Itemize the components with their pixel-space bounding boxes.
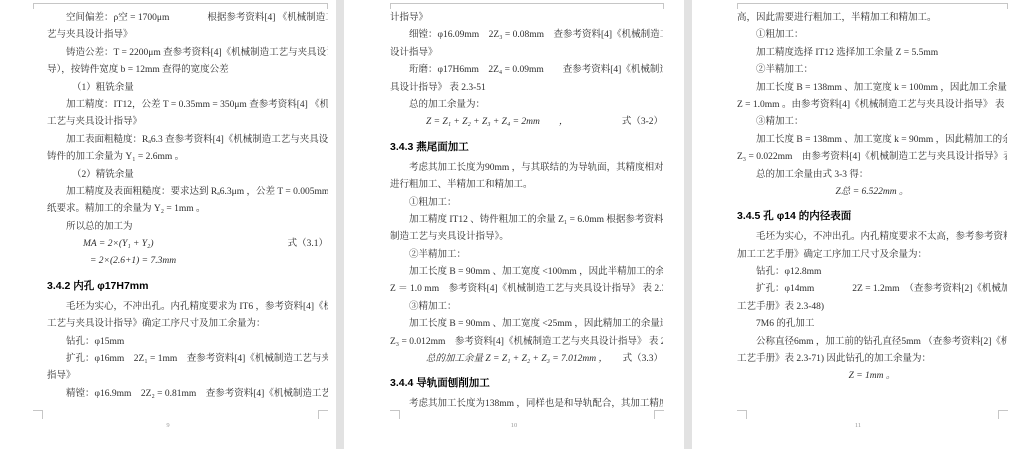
text-line: 铸件的加工余量为 Y₁ = 2.6mm 。: [47, 149, 328, 166]
text-line: 工艺与夹具设计指导》: [47, 114, 328, 131]
text-line: 具设计指导》 表 2.3-51: [390, 80, 663, 97]
text-line: 导），按铸件宽度 b = 12mm 查得的宽度公差: [47, 62, 328, 79]
text-line: Z₃ = 0.012mm 参考资料[4]《机械制造工艺与夹具设计指导》 表 2.…: [390, 334, 663, 351]
section-heading: 3.4.4 导轨面刨削加工: [390, 376, 663, 391]
text-line: ③精加工：: [737, 114, 1007, 131]
crop-mark-bottom-right: [654, 410, 664, 419]
formula-line: 总的加工余量 Z = Z₁ + Z₂ + Z₃ = 7.012mm ，式（3.3…: [390, 351, 663, 368]
text-line: 铸造公差：T = 2200μm 查参考资料[4]《机械制造工艺与夹具设计指: [47, 45, 328, 62]
text-line: 总的加工余量由式 3-3 得：: [737, 167, 1007, 184]
formula-expression: MA = 2×(Y₁ + Y₂): [83, 236, 154, 253]
text-line: 钻孔：φ12.8mm: [737, 264, 1007, 281]
equation-number-label: 式（3-2）: [622, 114, 663, 131]
crop-mark-bottom-left: [737, 410, 747, 419]
text-line: 工艺与夹具设计指导》确定工序尺寸及加工余量为：: [47, 316, 328, 333]
page-number: 10: [344, 422, 684, 429]
formula-line: = 2×(2.6+1) = 7.3mm: [47, 253, 328, 270]
text-line: 毛坯为实心，不冲出孔。内孔精度要求为 IT6 ，参考资料[4]《机械制造: [47, 299, 328, 316]
text-line: 工艺手册》表 2.3-71) 因此钻孔的加工余量为：: [737, 351, 1007, 368]
text-line: 细镗：φ16.09mm 2Z₃ = 0.08mm 查参考资料[4]《机械制造工艺…: [390, 27, 663, 44]
text-line: 进行粗加工、半精加工和精加工。: [390, 177, 663, 194]
text-line: 7M6 的孔加工: [737, 316, 1007, 333]
page-content: 高，因此需要进行粗加工，半精加工和精加工。①粗加工：加工精度选择 IT12 选择…: [737, 10, 1007, 409]
text-line: 纸要求。精加工的余量为 Y₂ = 1mm 。: [47, 201, 328, 218]
equation-number-label: 式（3.1）: [288, 236, 328, 253]
text-line: Z ＝ 1.0 mm 参考资料[4]《机械制造工艺与夹具设计指导》 表 2.3-…: [390, 281, 663, 298]
section-heading: 3.4.3 燕尾面加工: [390, 140, 663, 155]
page-9[interactable]: 空间偏差：ρ空 = 1700μm 根据参考资料[4] 《机械制造工艺与夹具设计指…: [0, 0, 336, 449]
text-line: 计指导》: [390, 10, 663, 27]
page-number: 11: [692, 422, 1024, 429]
text-line: 钻孔：φ15mm: [47, 334, 328, 351]
text-line: 扩孔：φ14mm 2Z = 1.2mm （查参考资料[2]《机械加工: [737, 281, 1007, 298]
text-line: 加工精度及表面粗糙度：要求达到 Rₐ6.3μm ，公差 T = 0.005mm …: [47, 184, 328, 201]
text-line: ①粗加工：: [390, 195, 663, 212]
text-line: 加工工艺手册》确定工序加工尺寸及余量为：: [737, 247, 1007, 264]
formula-line: MA = 2×(Y₁ + Y₂)式（3.1）: [47, 236, 328, 253]
formula-line: Z = 1mm 。: [737, 368, 1007, 385]
text-boundary-mark-top: [390, 3, 664, 9]
text-line: ②半精加工：: [390, 247, 663, 264]
crop-mark-bottom-left: [33, 410, 43, 419]
section-heading: 3.4.5 孔 φ14 的内径表面: [737, 209, 1007, 224]
text-line: 加工精度：IT12，公差 T = 0.35mm = 350μm 查参考资料[4]…: [47, 97, 328, 114]
text-line: ③精加工：: [390, 299, 663, 316]
text-line: Z = 1.0mm 。由参考资料[4]《机械制造工艺与夹具设计指导》 表 2.3…: [737, 97, 1007, 114]
text-line: 制造工艺与夹具设计指导》。: [390, 229, 663, 246]
text-line: 公称直径6mm ，加工前的钻孔直径5mm （查参考资料[2]《机械加工: [737, 334, 1007, 351]
text-line: 珩磨：φ17H6mm 2Z₄ = 0.09mm 查参考资料[4]《机械制造工艺与…: [390, 62, 663, 79]
text-line: 精镗：φ16.9mm 2Z₂ = 0.81mm 查参考资料[4]《机械制造工艺与…: [47, 386, 328, 403]
text-line: 空间偏差：ρ空 = 1700μm 根据参考资料[4] 《机械制造工: [47, 10, 328, 27]
text-line: 毛坯为实心，不冲出孔。内孔精度要求不太高，参考参考资料[2]《机械: [737, 229, 1007, 246]
text-line: 加工长度 B = 138mm 、加工宽度 k = 100mm ，因此加工余量选择: [737, 80, 1007, 97]
text-line: ①粗加工：: [737, 27, 1007, 44]
text-line: （2）精铣余量: [47, 167, 328, 184]
equation-number-label: 式（3.3）: [623, 351, 663, 368]
text-line: 加工表面粗糙度：Rₐ6.3 查参考资料[4]《机械制造工艺与夹具设计指导》: [47, 132, 328, 149]
text-line: 工艺手册》表 2.3-48): [737, 299, 1007, 316]
text-line: 加工精度 IT12 、铸件粗加工的余量 Z₁ = 6.0mm 根据参考资料[4]…: [390, 212, 663, 229]
text-line: ②半精加工：: [737, 62, 1007, 79]
text-line: 考虑其加工长度为138mm ，同样也是和导轨配合，其加工精度要求非常: [390, 396, 663, 409]
text-line: 加工精度选择 IT12 选择加工余量 Z = 5.5mm: [737, 45, 1007, 62]
text-line: Z₃ = 0.022mm 由参考资料[4]《机械制造工艺与夹具设计指导》表 2.…: [737, 149, 1007, 166]
page-10[interactable]: 计指导》细镗：φ16.09mm 2Z₃ = 0.08mm 查参考资料[4]《机械…: [344, 0, 684, 449]
section-heading: 3.4.2 内孔 φ17H7mm: [47, 279, 328, 294]
formula-expression: 总的加工余量 Z = Z₁ + Z₂ + Z₃ = 7.012mm ，: [426, 351, 608, 368]
text-boundary-mark-top: [737, 3, 1008, 9]
text-line: 考虑其加工长度为90mm ，与其联结的为导轨面，其精度相对较高，要: [390, 160, 663, 177]
text-line: 加工长度 B = 90mm 、加工宽度 <100mm ，因此半精加工的余量选择: [390, 264, 663, 281]
formula-expression: Z = Z₁ + Z₂ + Z₃ + Z₄ = 2mm ，: [426, 114, 568, 131]
page-gutter: [684, 0, 692, 449]
formula-line: Z总 = 6.522mm 。: [737, 184, 1007, 201]
text-line: 总的加工余量为：: [390, 97, 663, 114]
text-line: 所以总的加工为: [47, 219, 328, 236]
page-content: 空间偏差：ρ空 = 1700μm 根据参考资料[4] 《机械制造工艺与夹具设计指…: [47, 10, 328, 409]
page-number: 9: [0, 422, 336, 429]
document-viewer[interactable]: 空间偏差：ρ空 = 1700μm 根据参考资料[4] 《机械制造工艺与夹具设计指…: [0, 0, 1024, 449]
page-11[interactable]: 高，因此需要进行粗加工，半精加工和精加工。①粗加工：加工精度选择 IT12 选择…: [692, 0, 1024, 449]
crop-mark-bottom-right: [318, 410, 328, 419]
text-line: 加工长度 B = 138mm 、加工宽度 k = 90mm ，因此精加工的余量选…: [737, 132, 1007, 149]
page-content: 计指导》细镗：φ16.09mm 2Z₃ = 0.08mm 查参考资料[4]《机械…: [390, 10, 663, 409]
crop-mark-bottom-left: [390, 410, 400, 419]
text-line: 加工长度 B = 90mm 、加工宽度 <25mm ，因此精加工的余量选择: [390, 316, 663, 333]
text-line: 扩孔：φ16mm 2Z₁ = 1mm 查参考资料[4]《机械制造工艺与夹具设计: [47, 351, 328, 368]
text-line: 高，因此需要进行粗加工，半精加工和精加工。: [737, 10, 1007, 27]
formula-line: Z = Z₁ + Z₂ + Z₃ + Z₄ = 2mm ，式（3-2）: [390, 114, 663, 131]
text-line: （1）粗铣余量: [47, 80, 328, 97]
crop-mark-bottom-right: [998, 410, 1008, 419]
text-line: 设计指导》: [390, 45, 663, 62]
text-boundary-mark-top: [33, 3, 328, 9]
text-line: 艺与夹具设计指导》: [47, 27, 328, 44]
text-line: 指导》: [47, 368, 328, 385]
page-gutter: [336, 0, 344, 449]
